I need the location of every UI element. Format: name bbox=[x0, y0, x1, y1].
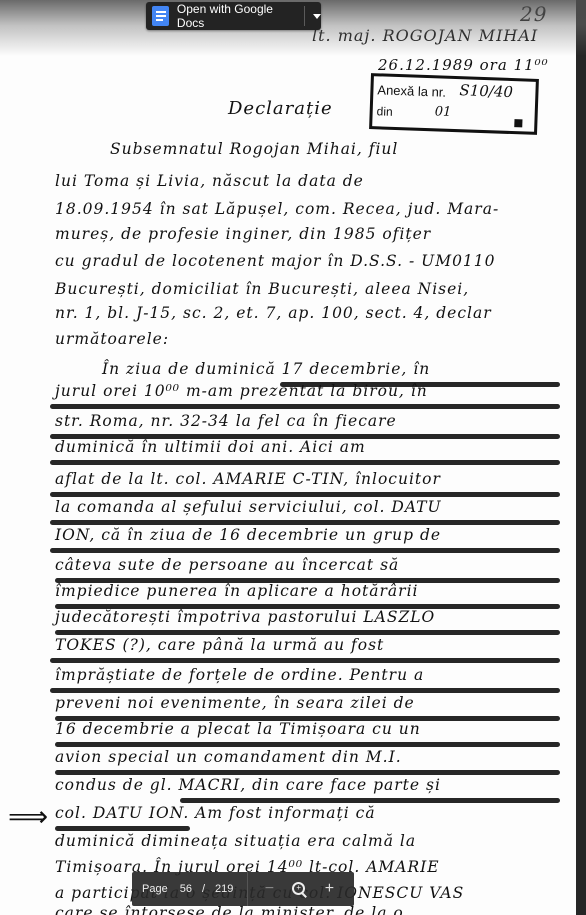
redaction-underline bbox=[55, 742, 560, 747]
document-line: la comanda al șefului serviciului, col. … bbox=[55, 498, 442, 516]
redaction-underline bbox=[50, 548, 560, 553]
page-label: Page bbox=[142, 883, 168, 895]
redaction-underline bbox=[55, 826, 190, 831]
document-line: jurul orei 10⁰⁰ m-am prezentat la birou,… bbox=[55, 382, 428, 400]
redaction-underline bbox=[180, 798, 560, 803]
redaction-underline bbox=[55, 630, 560, 635]
document-line: câteva sute de persoane au încercat să bbox=[55, 556, 399, 574]
document-line: În ziua de duminică 17 decembrie, în bbox=[102, 360, 430, 378]
document-line: str. Roma, nr. 32-34 la fel ca în fiecar… bbox=[55, 412, 397, 430]
stamp-number: S10/40 bbox=[459, 81, 513, 101]
side-panel-edge bbox=[576, 0, 586, 915]
document-page: 29 lt. maj. ROGOJAN MIHAI 26.12.1989 ora… bbox=[0, 0, 576, 915]
redaction-underline bbox=[50, 492, 560, 497]
header-name: lt. maj. ROGOJAN MIHAI bbox=[312, 26, 538, 45]
document-line: Subsemnatul Rogojan Mihai, fiul bbox=[110, 140, 398, 158]
stamp-sub-label: din bbox=[376, 104, 392, 119]
stamp-sub-value: 01 bbox=[434, 104, 451, 120]
header-date: 26.12.1989 ora 11⁰⁰ bbox=[378, 56, 549, 74]
redaction-underline bbox=[50, 404, 560, 409]
redaction-underline bbox=[50, 688, 560, 693]
annex-stamp: Anexă la nr. S10/40 din 01 bbox=[369, 73, 539, 135]
redaction-underline bbox=[50, 520, 560, 525]
document-line: judecătorești împotriva pastorului LASZL… bbox=[55, 608, 435, 626]
redaction-underline bbox=[50, 460, 560, 465]
document-line: mureș, de profesie inginer, din 1985 ofi… bbox=[55, 225, 431, 243]
open-with-google-docs-button[interactable]: Open with Google Docs bbox=[146, 2, 321, 30]
page-navigator: Page 56 / 219 − + + bbox=[132, 872, 354, 906]
document-line: col. DATU ION. Am fost informați că bbox=[55, 804, 376, 822]
caret-down-icon[interactable] bbox=[313, 14, 321, 19]
document-line: condus de gl. MACRI, din care face parte… bbox=[55, 776, 441, 794]
stamp-mark bbox=[514, 119, 522, 127]
zoom-out-button[interactable]: − bbox=[254, 880, 284, 898]
google-docs-icon bbox=[152, 6, 169, 26]
document-line: avion special un comandament din M.I. bbox=[55, 748, 402, 766]
document-line: TOKES (?), care până la urmă au fost bbox=[55, 636, 384, 654]
document-title: Declarație bbox=[228, 98, 333, 119]
zoom-in-button[interactable]: + bbox=[314, 880, 344, 898]
stamp-label: Anexă la nr. bbox=[377, 82, 446, 99]
document-line: lui Toma și Livia, născut la data de bbox=[55, 172, 364, 190]
document-line: împrăștiate de forțele de ordine. Pentru… bbox=[55, 666, 424, 684]
document-line: 16 decembrie a plecat la Timișoara cu un bbox=[55, 720, 421, 738]
redaction-underline bbox=[55, 770, 560, 775]
document-line: aflat de la lt. col. AMARIE C-TIN, înloc… bbox=[55, 470, 441, 488]
document-line: ION, că în ziua de 16 decembrie un grup … bbox=[55, 526, 441, 544]
page-separator: / bbox=[202, 883, 205, 895]
magnifier-plus-icon[interactable]: + bbox=[292, 882, 306, 896]
document-line: București, domiciliat în București, alee… bbox=[55, 280, 469, 298]
document-line: următoarele: bbox=[55, 330, 169, 348]
document-line: cu gradul de locotenent major în D.S.S. … bbox=[55, 252, 496, 270]
divider bbox=[247, 872, 248, 906]
redaction-underline bbox=[50, 658, 560, 663]
document-line: duminică dimineața situația era calmă la bbox=[55, 832, 416, 850]
document-line: nr. 1, bl. J-15, sc. 2, et. 7, ap. 100, … bbox=[55, 304, 492, 322]
divider bbox=[304, 6, 305, 26]
current-page[interactable]: 56 bbox=[180, 883, 192, 895]
page-number-mark: 29 bbox=[520, 2, 547, 26]
document-line: împiedice punerea în aplicare a hotărâri… bbox=[55, 582, 418, 600]
document-line: duminică în ultimii doi ani. Aici am bbox=[55, 438, 366, 456]
document-line: 18.09.1954 în sat Lăpușel, com. Recea, j… bbox=[55, 200, 499, 218]
open-with-label: Open with Google Docs bbox=[177, 2, 296, 30]
document-line: preveni noi evenimente, în seara zilei d… bbox=[55, 694, 415, 712]
margin-arrow-icon: ⟹ bbox=[8, 800, 48, 833]
total-pages: 219 bbox=[215, 883, 233, 895]
